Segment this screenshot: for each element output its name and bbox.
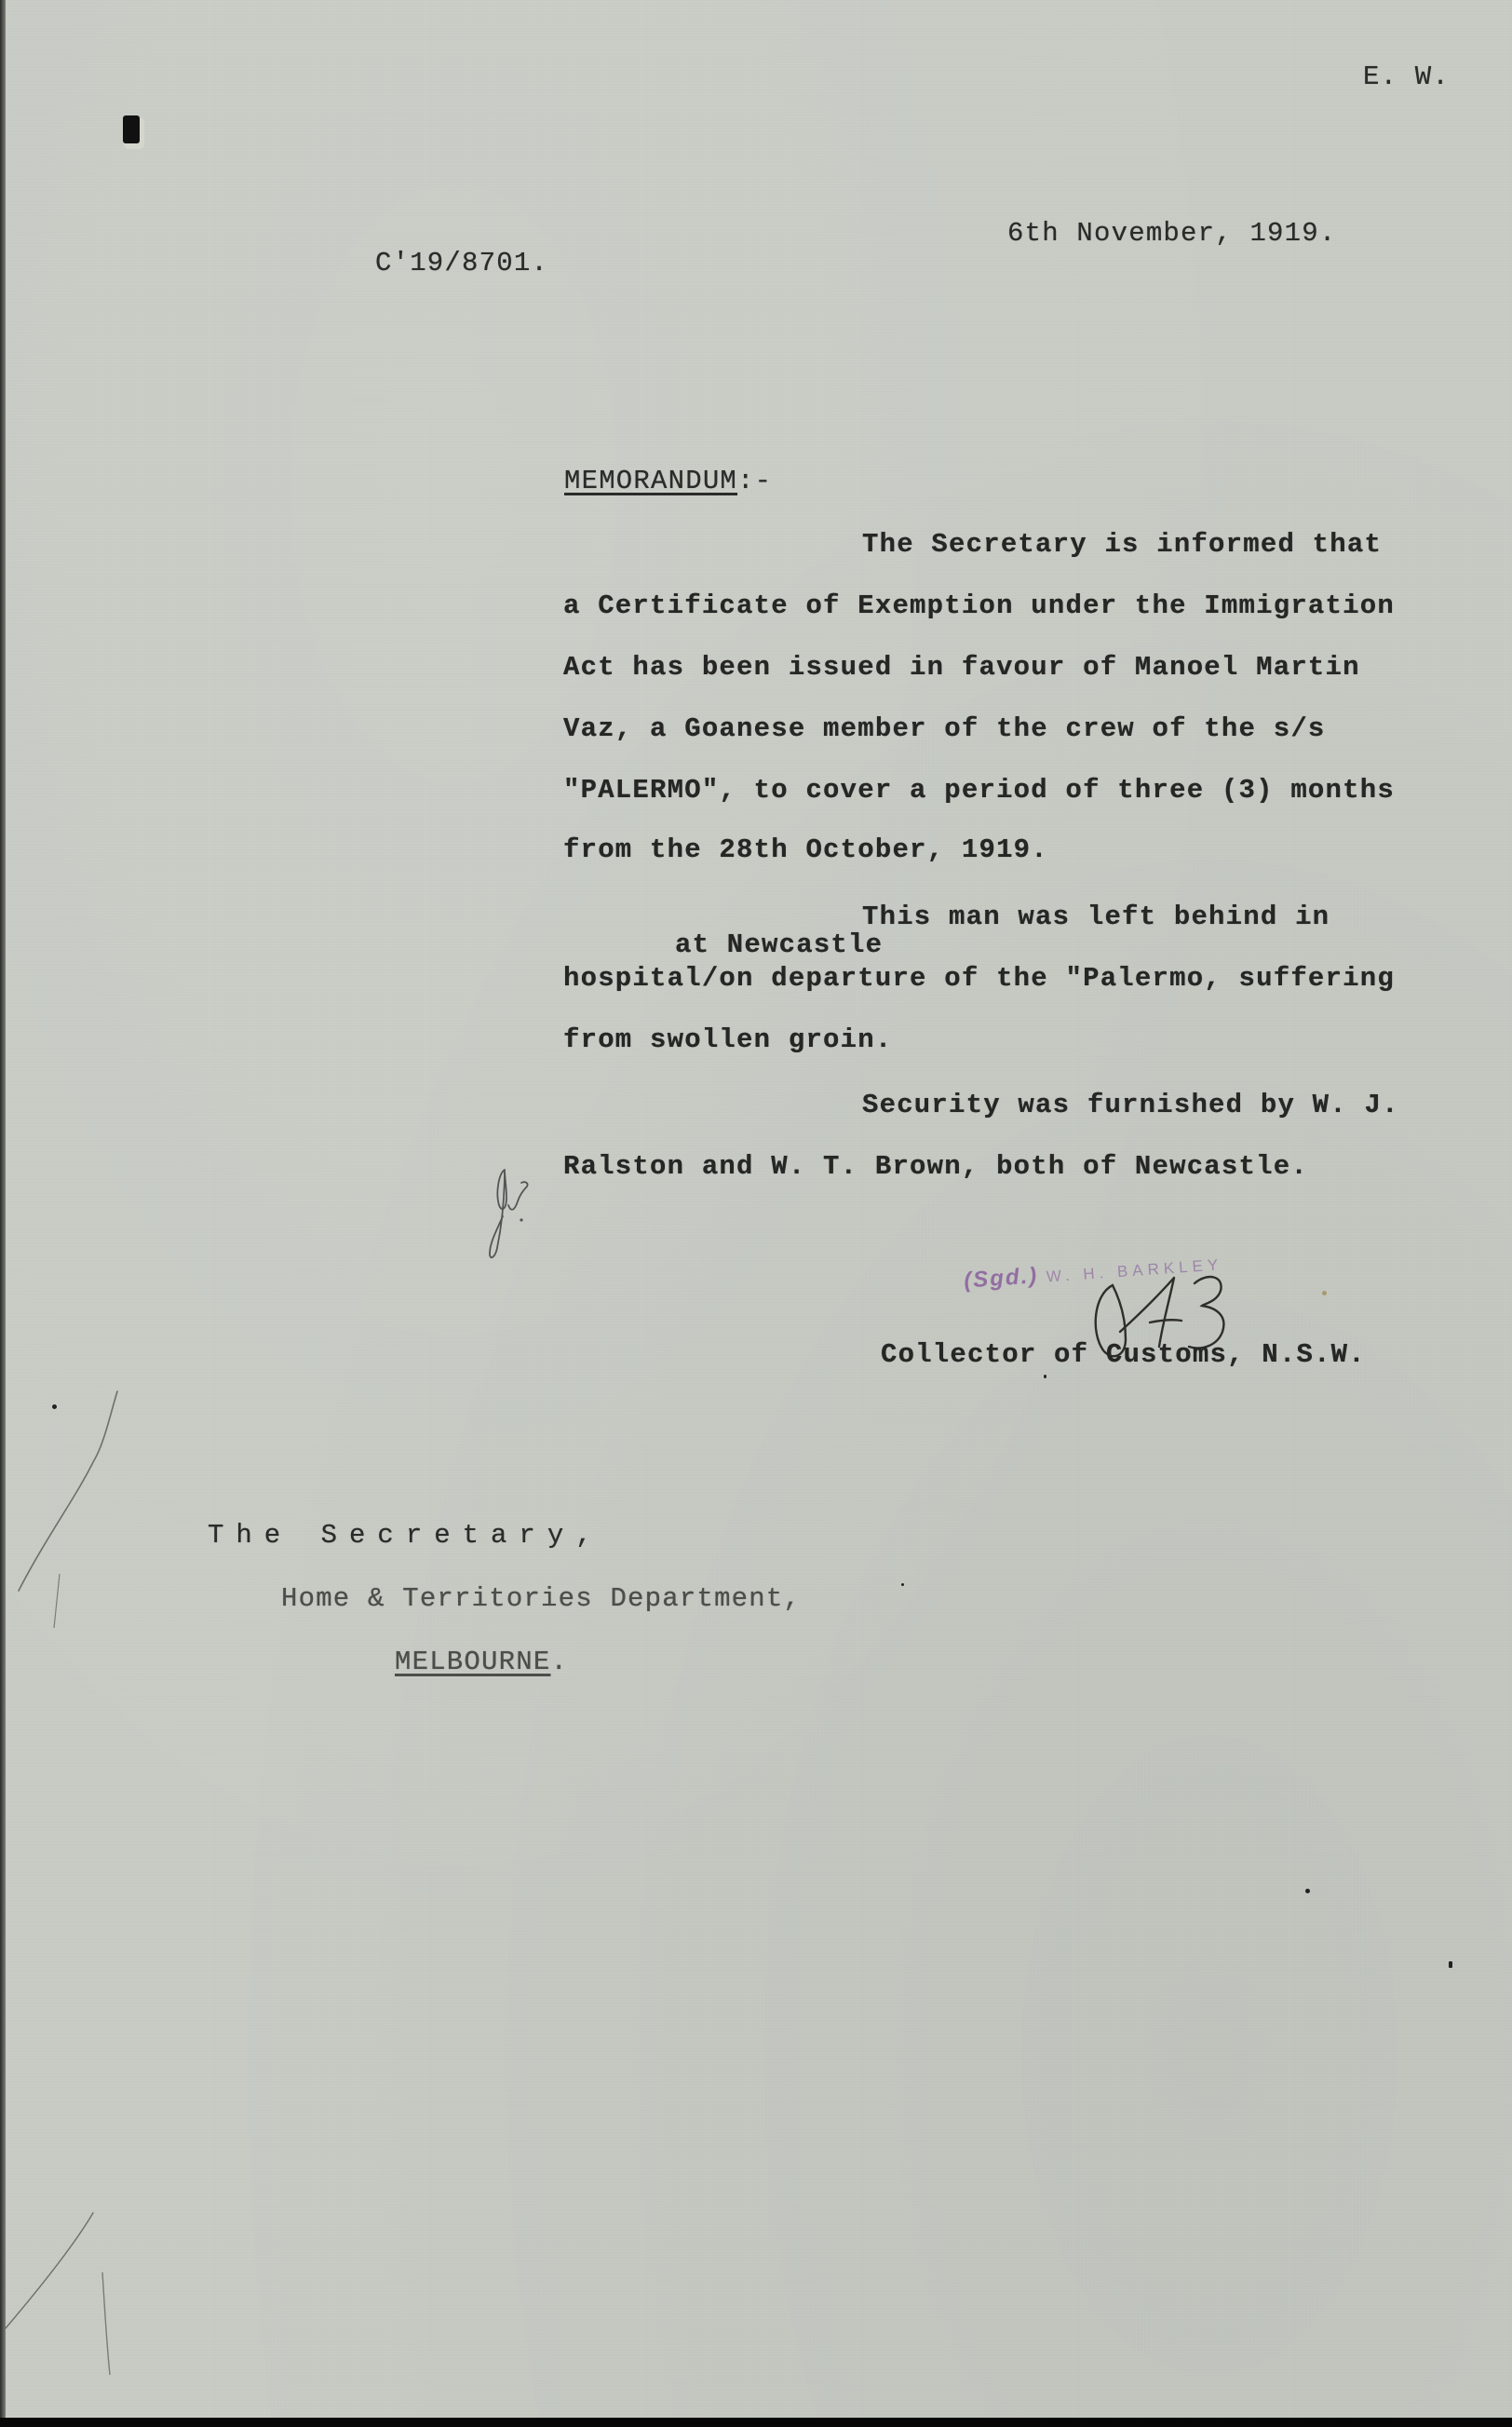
- body-line: hospital/on departure of the "Palermo, s…: [563, 965, 1395, 992]
- pencil-mark-icon: [0, 2207, 130, 2393]
- paper-speck: [1322, 1291, 1327, 1295]
- addressee-line-2: Home & Territories Department,: [281, 1585, 801, 1612]
- body-line: Vaz, a Goanese member of the crew of the…: [563, 715, 1326, 742]
- body-line: This man was left behind in: [862, 903, 1330, 930]
- addressee-suffix: .: [550, 1647, 568, 1677]
- document-page: E. W. 6th November, 1919. C'19/8701. MEM…: [0, 0, 1512, 2418]
- signature-title: Collector of Customs, N.S.W.: [881, 1341, 1366, 1368]
- body-line: The Secretary is informed that: [862, 531, 1382, 558]
- body-line: from the 28th October, 1919.: [563, 836, 1048, 863]
- paper-speck: [1044, 1375, 1046, 1378]
- page-bottom-edge: [0, 2418, 1512, 2427]
- addressee-line-3: MELBOURNE.: [395, 1648, 568, 1675]
- addressee-line-1: The Secretary,: [208, 1522, 604, 1549]
- heading-suffix: :-: [737, 466, 772, 496]
- heading-text: MEMORANDUM: [564, 466, 737, 496]
- body-line: "PALERMO", to cover a period of three (3…: [563, 777, 1395, 804]
- margin-initials-icon: [484, 1164, 540, 1267]
- initials-header: E. W.: [1363, 63, 1450, 90]
- memorandum-heading: MEMORANDUM:-: [564, 468, 772, 495]
- body-line: Security was furnished by W. J.: [862, 1091, 1399, 1119]
- stamp-prefix: (Sgd.): [963, 1263, 1039, 1294]
- body-line: a Certificate of Exemption under the Imm…: [563, 592, 1395, 619]
- paper-speck: [901, 1583, 904, 1586]
- body-line: Ralston and W. T. Brown, both of Newcast…: [563, 1153, 1308, 1180]
- body-line: Act has been issued in favour of Manoel …: [563, 654, 1360, 681]
- paper-speck: [52, 1404, 57, 1409]
- paper-speck: [1305, 1889, 1310, 1893]
- punch-hole-icon: [123, 115, 140, 143]
- reference-number: C'19/8701.: [375, 250, 548, 277]
- addressee-city: MELBOURNE: [395, 1647, 550, 1677]
- handtyped-insertion: at Newcastle: [675, 931, 883, 958]
- document-date: 6th November, 1919.: [1007, 220, 1336, 247]
- paper-speck: [1449, 1961, 1452, 1968]
- page-left-edge: [0, 0, 6, 2418]
- pencil-mark-icon: [0, 1388, 130, 1630]
- body-line: from swollen groin.: [563, 1026, 892, 1053]
